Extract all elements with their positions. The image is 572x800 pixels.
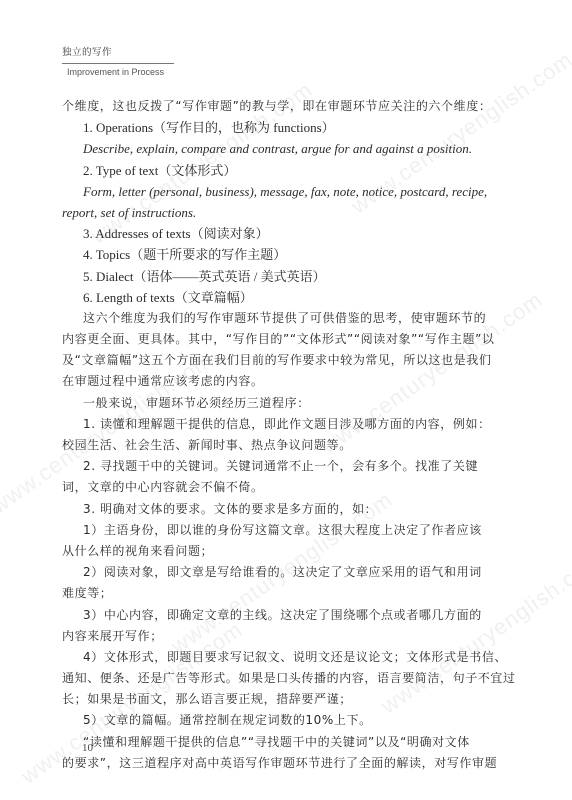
paragraph-line: 及“文章篇幅”这五个方面在我们目前的写作要求中较为常见，所以这也是我们 [62, 350, 494, 371]
sub-item-2: 2）阅读对象，即文章是写给谁看的。这决定了文章应采用的语气和用词 [62, 562, 494, 583]
paragraph-line: 从什么样的视角来看问题； [62, 541, 494, 562]
paragraph-line: 难度等； [62, 583, 494, 604]
type-of-text-examples: Form, letter (personal, business), messa… [62, 181, 494, 202]
paragraph-line: 这六个维度为我们的写作审题环节提供了可供借鉴的思考，使审题环节的 [62, 308, 494, 329]
list-item-addresses: 3. Addresses of texts（阅读对象） [62, 223, 494, 244]
paragraph-line: 在审题过程中通常应该考虑的内容。 [62, 371, 494, 392]
procedure-step-1: 1. 读懂和理解题干提供的信息，即此作文题目涉及哪方面的内容，例如： [62, 414, 494, 435]
list-item-type-of-text: 2. Type of text（文体形式） [62, 160, 494, 181]
procedure-step-3: 3. 明确对文体的要求。文体的要求是多方面的，如： [62, 499, 494, 520]
paragraph-line: 校园生活、社会生活、新闻时事、热点争议问题等。 [62, 435, 494, 456]
header-divider [62, 63, 174, 64]
paragraph-line: 一般来说，审题环节必须经历三道程序： [62, 393, 494, 414]
paragraph-line: “读懂和理解题干提供的信息”“寻找题干中的关键词”以及“明确对文体 [62, 732, 494, 753]
page-number: 10 [82, 742, 93, 754]
paragraph-line: 个维度，这也反拨了“写作审题”的教与学，即在审题环节应关注的六个维度： [62, 96, 494, 117]
running-header: 独立的写作 Improvement in Process [62, 46, 174, 77]
sub-item-1: 1）主语身份，即以谁的身份写这篇文章。这很大程度上决定了作者应该 [62, 520, 494, 541]
paragraph-line: 的要求”，这三道程序对高中英语写作审题环节进行了全面的解读，对写作审题 [62, 753, 494, 774]
page-body: 个维度，这也反拨了“写作审题”的教与学，即在审题环节应关注的六个维度： 1. O… [62, 96, 494, 774]
paragraph-line: 内容来展开写作； [62, 626, 494, 647]
paragraph-line: 内容更全面、更具体。其中，“写作目的”“文体形式”“阅读对象”“写作主题”以 [62, 329, 494, 350]
list-item-dialect: 5. Dialect（语体——英式英语 / 美式英语） [62, 266, 494, 287]
procedure-step-2: 2. 寻找题干中的关键词。关键词通常不止一个，会有多个。找准了关键 [62, 456, 494, 477]
operations-examples: Describe, explain, compare and contrast,… [62, 138, 494, 159]
list-item-operations: 1. Operations（写作目的，也称为 functions） [62, 117, 494, 138]
list-item-length: 6. Length of texts（文章篇幅） [62, 287, 494, 308]
book-subtitle: Improvement in Process [62, 67, 174, 77]
paragraph-line: 长；如果是书面文，那么语言要正规，措辞要严谨； [62, 689, 494, 710]
type-of-text-examples-cont: report, set of instructions. [62, 202, 494, 223]
list-item-topics: 4. Topics（题干所要求的写作主题） [62, 244, 494, 265]
sub-item-3: 3）中心内容，即确定文章的主线。这决定了围绕哪个点或者哪几方面的 [62, 605, 494, 626]
sub-item-4: 4）文体形式，即题目要求写记叙文、说明文还是议论文；文体形式是书信、 [62, 647, 494, 668]
paragraph-line: 词，文章的中心内容就会不偏不倚。 [62, 477, 494, 498]
book-title: 独立的写作 [62, 46, 174, 59]
sub-item-5: 5）文章的篇幅。通常控制在规定词数的10%上下。 [62, 710, 494, 731]
paragraph-line: 通知、便条、还是广告等形式。如果是口头传播的内容，语言要简洁，句子不宜过 [62, 668, 494, 689]
